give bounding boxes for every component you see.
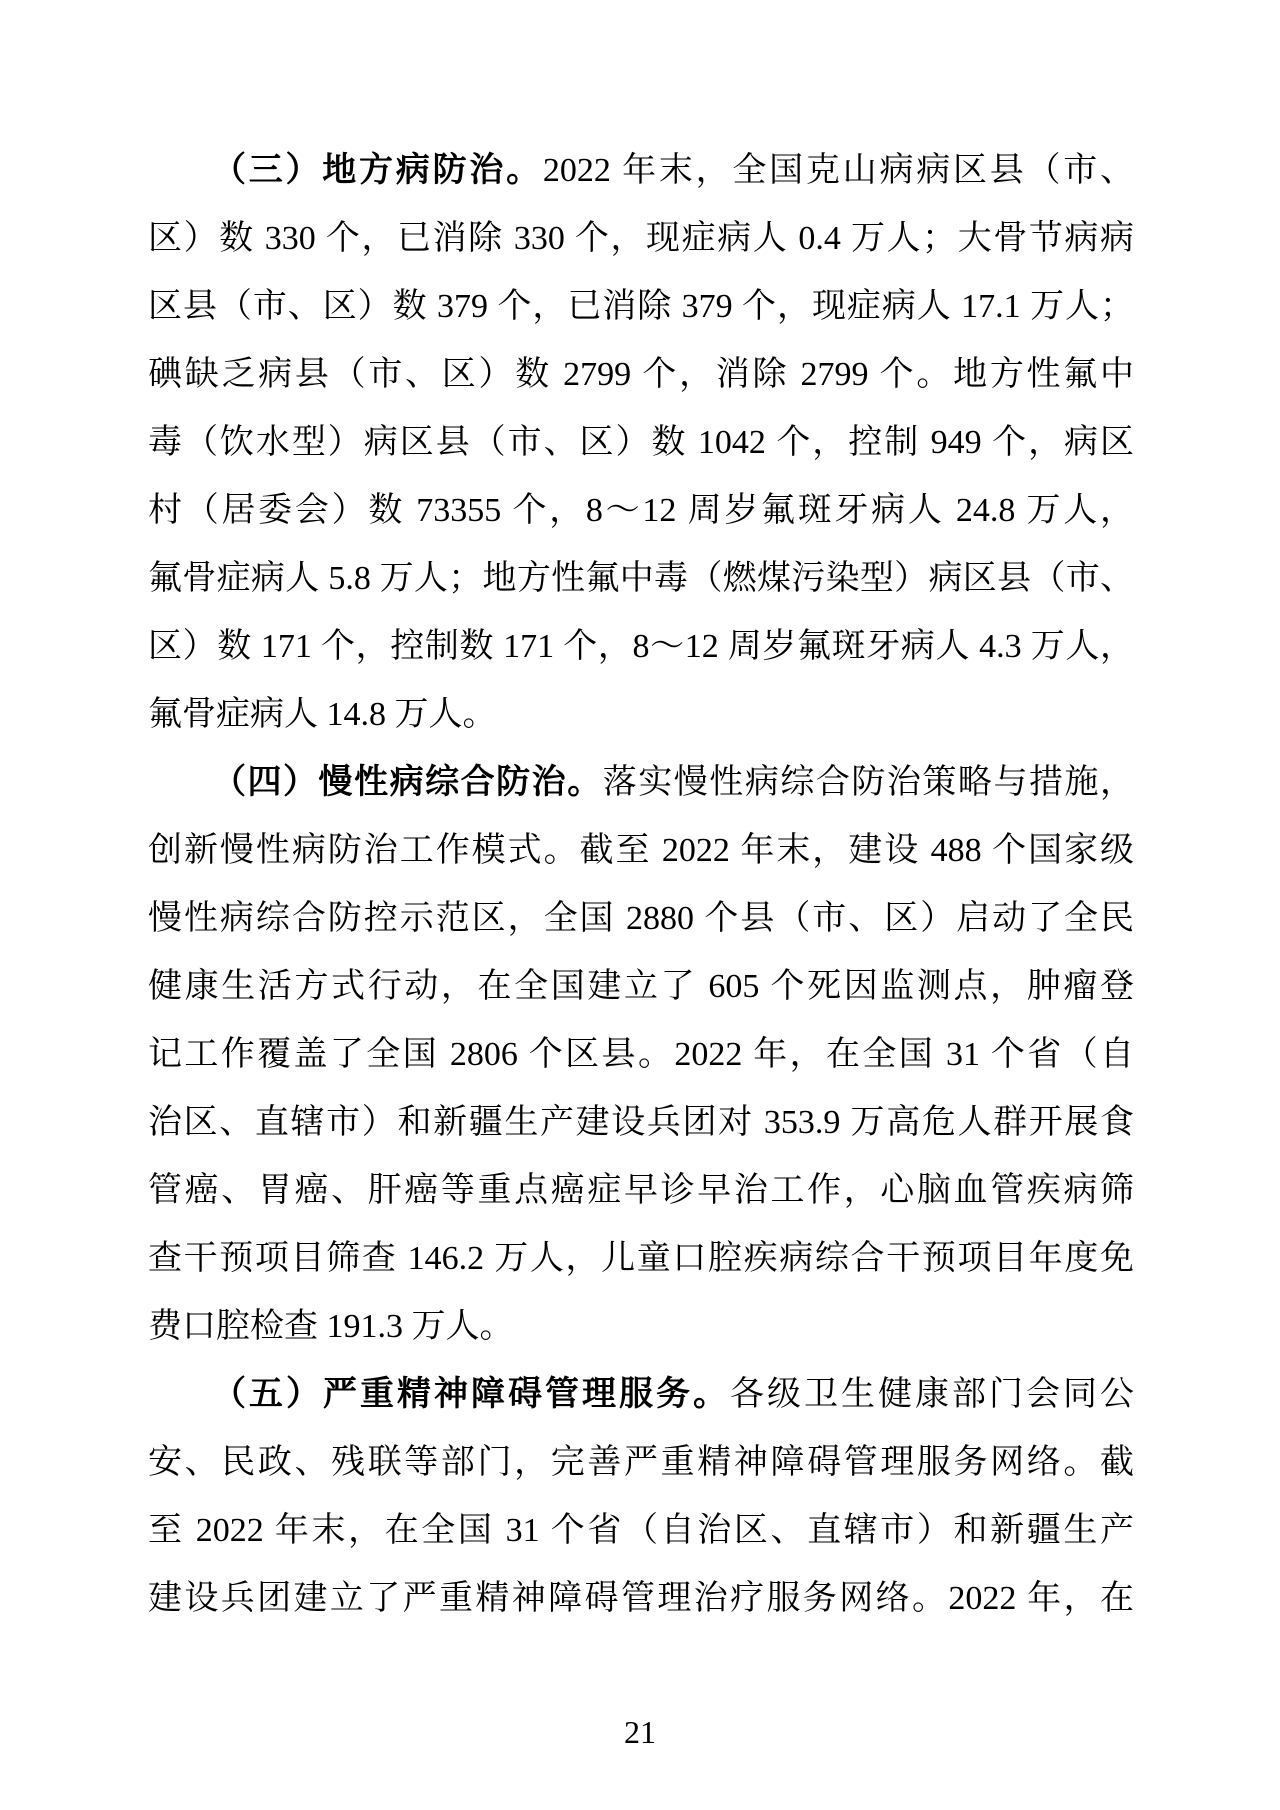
text-line: 区）数 171 个，控制数 171 个，8～12 周岁氟斑牙病人 4.3 万人， xyxy=(148,613,1134,681)
text-line: 区）数 330 个，已消除 330 个，现症病人 0.4 万人；大骨节病病 xyxy=(148,205,1134,273)
text-line: 区县（市、区）数 379 个，已消除 379 个，现症病人 17.1 万人； xyxy=(148,273,1134,341)
text-line: 费口腔检查 191.3 万人。 xyxy=(148,1293,1134,1361)
text-line: 安、民政、残联等部门，完善严重精神障碍管理服务网络。截 xyxy=(148,1429,1134,1497)
text-line: 慢性病综合防控示范区，全国 2880 个县（市、区）启动了全民 xyxy=(148,885,1134,953)
paragraph-text: 落实慢性病综合防治策略与措施， xyxy=(603,764,1134,801)
text-line: 至 2022 年末，在全国 31 个省（自治区、直辖市）和新疆生产 xyxy=(148,1497,1134,1565)
text-block: （三）地方病防治。2022 年末，全国克山病病区县（市、 区）数 330 个，已… xyxy=(148,137,1134,1633)
text-line: 毒（饮水型）病区县（市、区）数 1042 个，控制 949 个，病区 xyxy=(148,409,1134,477)
paragraph-heading: （五）严重精神障碍管理服务。 xyxy=(212,1376,730,1413)
paragraph-heading: （三）地方病防治。 xyxy=(212,152,543,189)
paragraph-endemic-disease-prevention: （三）地方病防治。2022 年末，全国克山病病区县（市、 区）数 330 个，已… xyxy=(148,137,1134,749)
paragraph-text: 各级卫生健康部门会同公 xyxy=(730,1376,1134,1413)
text-line: 建设兵团建立了严重精神障碍管理治疗服务网络。2022 年，在 xyxy=(148,1565,1134,1633)
text-line: 村（居委会）数 73355 个，8～12 周岁氟斑牙病人 24.8 万人， xyxy=(148,477,1134,545)
text-line: 查干预项目筛查 146.2 万人，儿童口腔疾病综合干预项目年度免 xyxy=(148,1225,1134,1293)
text-line: 创新慢性病防治工作模式。截至 2022 年末，建设 488 个国家级 xyxy=(148,817,1134,885)
paragraph-chronic-disease-prevention: （四）慢性病综合防治。落实慢性病综合防治策略与措施， 创新慢性病防治工作模式。截… xyxy=(148,749,1134,1361)
paragraph-heading: （四）慢性病综合防治。 xyxy=(212,764,603,801)
text-line: （四）慢性病综合防治。落实慢性病综合防治策略与措施， xyxy=(148,749,1134,817)
text-line: 碘缺乏病县（市、区）数 2799 个，消除 2799 个。地方性氟中 xyxy=(148,341,1134,409)
text-line: 管癌、胃癌、肝癌等重点癌症早诊早治工作，心脑血管疾病筛 xyxy=(148,1157,1134,1225)
text-line: （三）地方病防治。2022 年末，全国克山病病区县（市、 xyxy=(148,137,1134,205)
document-page: （三）地方病防治。2022 年末，全国克山病病区县（市、 区）数 330 个，已… xyxy=(0,0,1280,1810)
text-line: 氟骨症病人 5.8 万人；地方性氟中毒（燃煤污染型）病区县（市、 xyxy=(148,545,1134,613)
text-line: 氟骨症病人 14.8 万人。 xyxy=(148,681,1134,749)
text-line: 记工作覆盖了全国 2806 个区县。2022 年，在全国 31 个省（自 xyxy=(148,1021,1134,1089)
page-number: 21 xyxy=(624,1714,656,1750)
text-line: 治区、直辖市）和新疆生产建设兵团对 353.9 万高危人群开展食 xyxy=(148,1089,1134,1157)
text-line: （五）严重精神障碍管理服务。各级卫生健康部门会同公 xyxy=(148,1361,1134,1429)
text-line: 健康生活方式行动，在全国建立了 605 个死因监测点，肿瘤登 xyxy=(148,953,1134,1021)
paragraph-severe-mental-disorder-management: （五）严重精神障碍管理服务。各级卫生健康部门会同公 安、民政、残联等部门，完善严… xyxy=(148,1361,1134,1633)
page-footer: 21 xyxy=(0,1712,1280,1752)
paragraph-text: 2022 年末，全国克山病病区县（市、 xyxy=(543,152,1134,189)
